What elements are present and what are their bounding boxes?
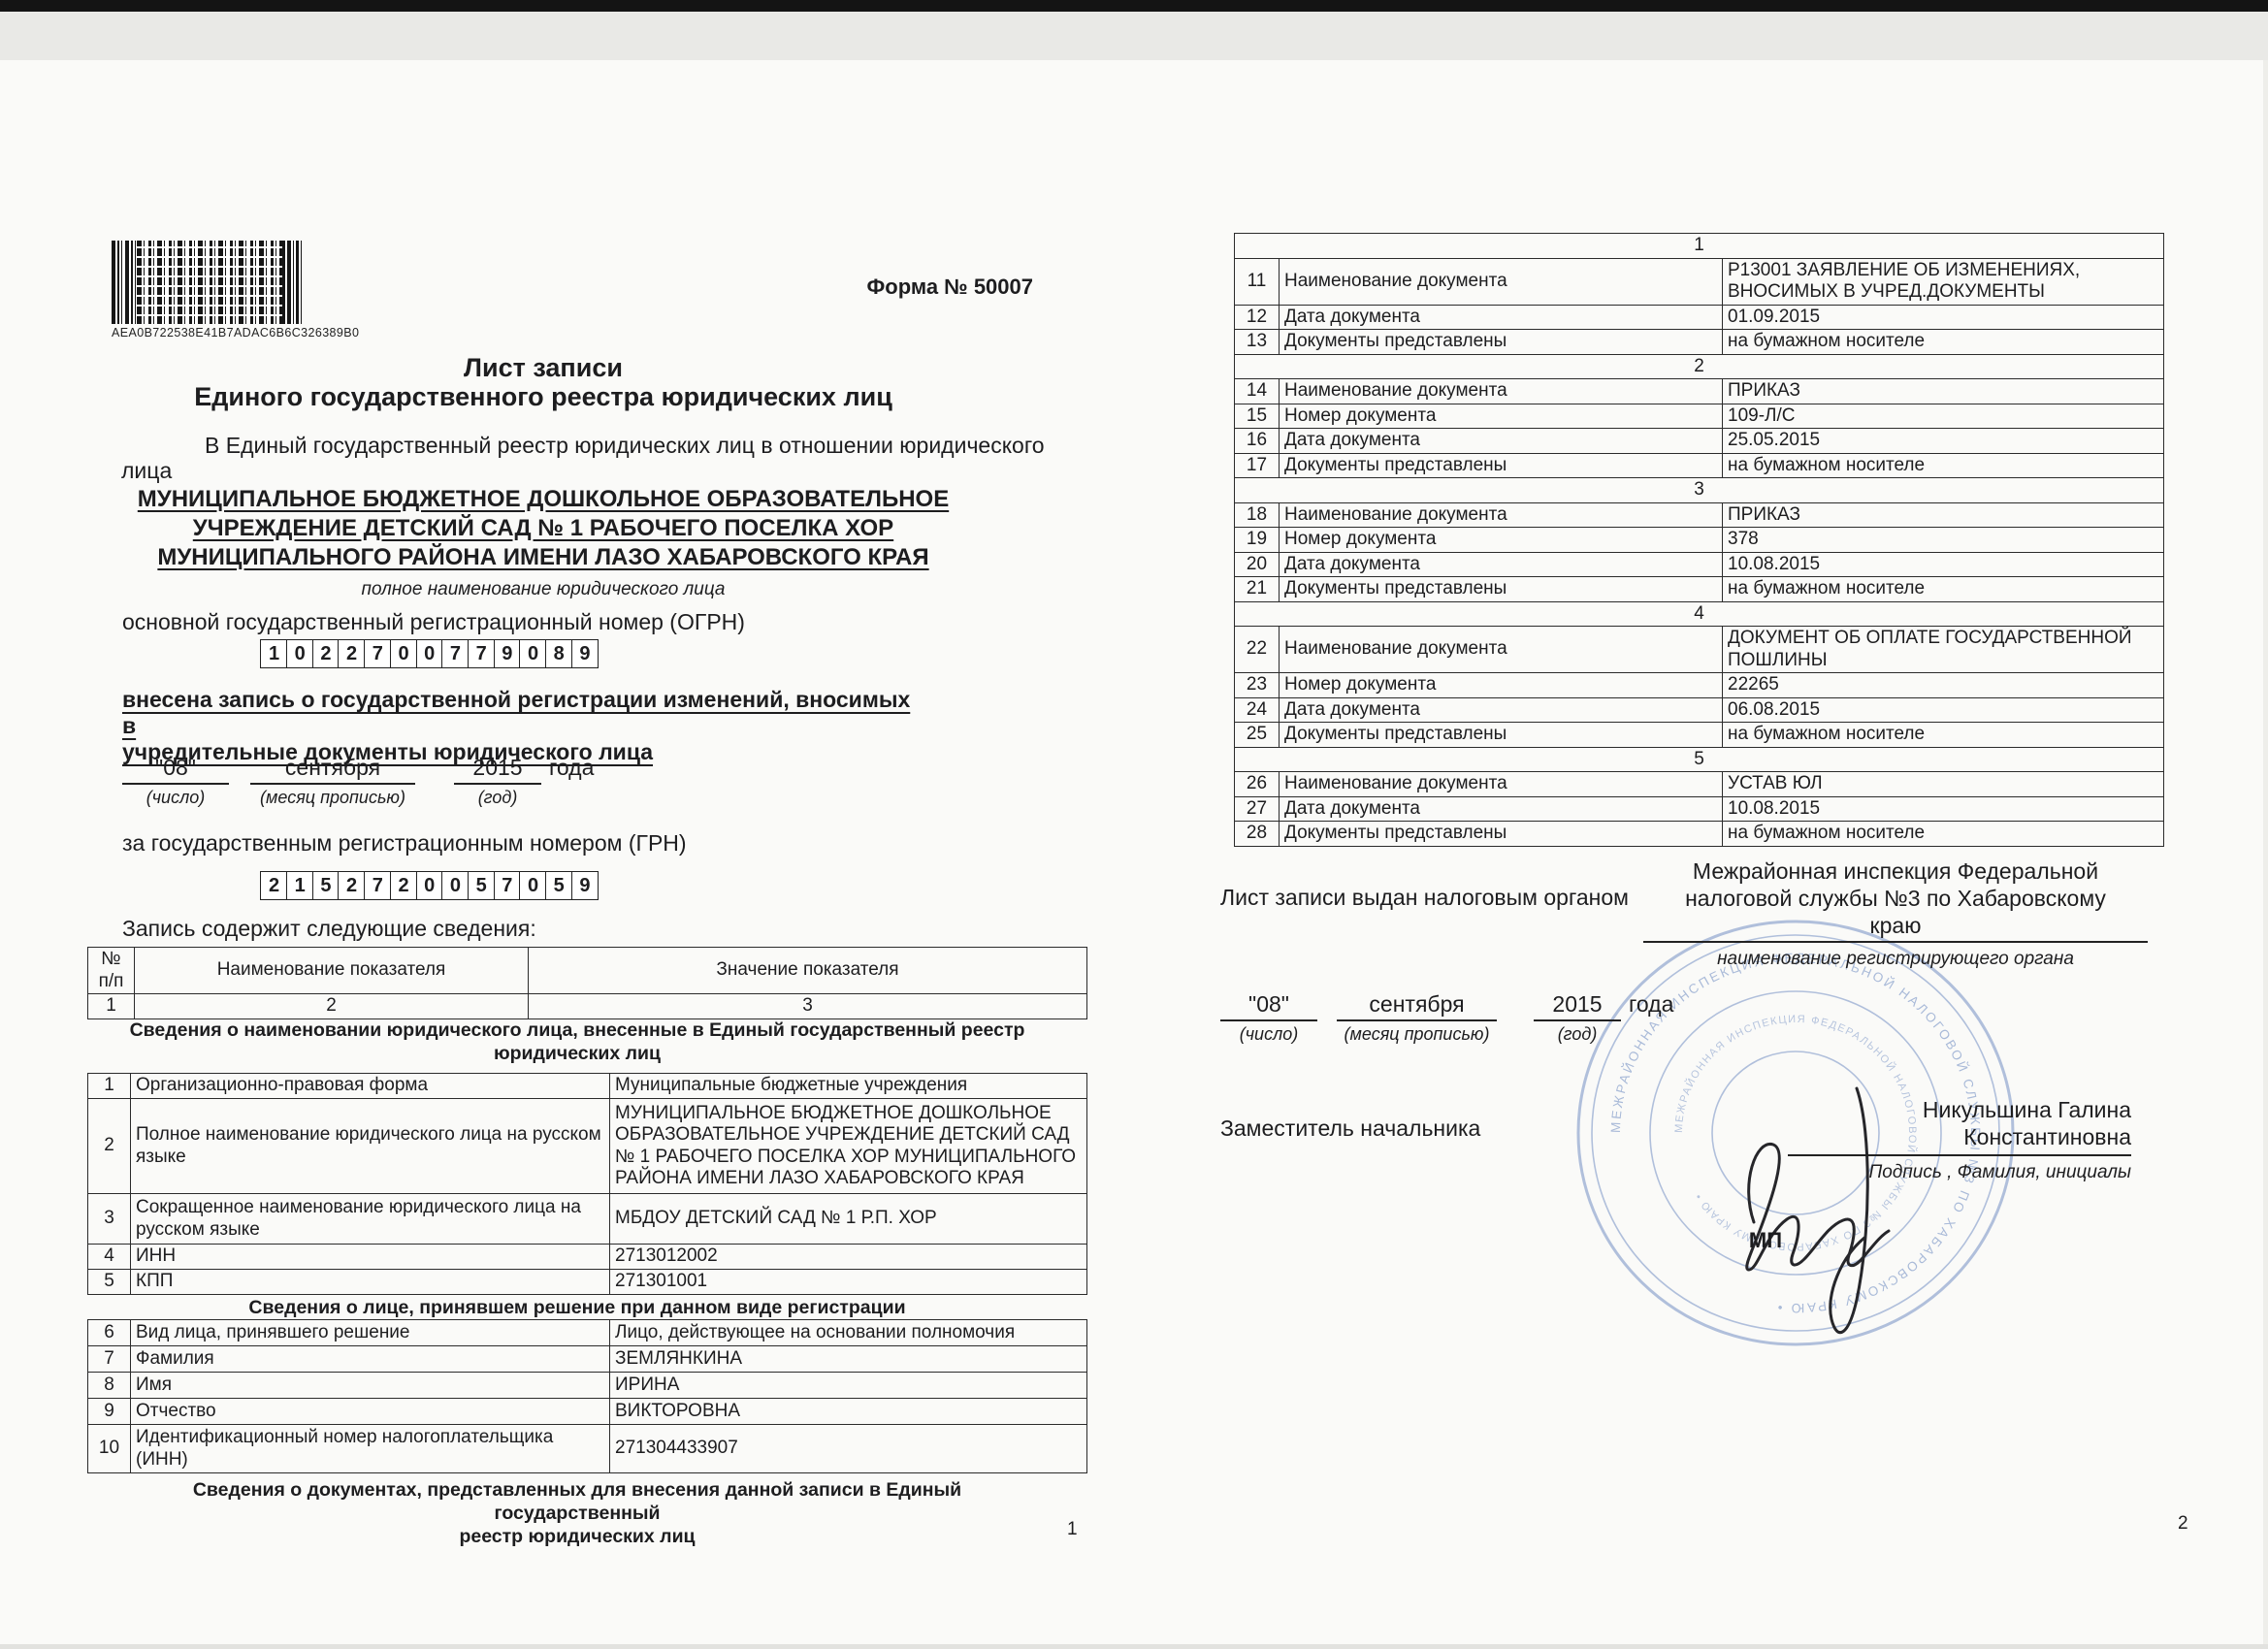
official-title: Заместитель начальника	[1220, 1115, 1480, 1142]
ogrn-digit-box: 7	[468, 639, 495, 668]
row-label: Номер документа	[1280, 528, 1723, 553]
grn-label: за государственным регистрационным номер…	[122, 830, 687, 857]
table-row: 12 Дата документа 01.09.2015	[1235, 305, 2164, 330]
record-date: "08" (число) сентября (месяц прописью) 2…	[122, 755, 594, 808]
grn-digit-box: 1	[286, 871, 313, 900]
row-label: Документы представлены	[1280, 822, 1723, 847]
ogrn-digit-box: 0	[416, 639, 443, 668]
name-info-table: 1 Организационно-правовая форма Муниципа…	[87, 1073, 1087, 1295]
row-label: Наименование документа	[1280, 502, 1723, 528]
row-label: Номер документа	[1280, 673, 1723, 698]
row-num: 27	[1235, 796, 1280, 822]
row-label: Документы представлены	[1280, 577, 1723, 602]
table-row: 24 Дата документа 06.08.2015	[1235, 697, 2164, 723]
ogrn-digit-box: 8	[545, 639, 572, 668]
issue-date: "08" (число) сентября (месяц прописью) 2…	[1220, 991, 1673, 1045]
row-value: 378	[1723, 528, 2164, 553]
row-value: 10.08.2015	[1723, 552, 2164, 577]
row-num: 22	[1235, 627, 1280, 673]
grn-digit-box: 9	[571, 871, 599, 900]
official-name-line-2: Константиновна	[1788, 1123, 2131, 1150]
date-year-cell: 2015 (год)	[454, 755, 541, 808]
table-row: 21 Документы представлены на бумажном но…	[1235, 577, 2164, 602]
organization-name: МУНИЦИПАЛЬНОЕ БЮДЖЕТНОЕ ДОШКОЛЬНОЕ ОБРАЗ…	[121, 485, 965, 604]
row-label: Имя	[131, 1373, 610, 1399]
grn-digit-box: 0	[416, 871, 443, 900]
table-row: 3 Сокращенное наименование юридического …	[88, 1194, 1087, 1245]
intro-paragraph: В Единый государственный реестр юридичес…	[121, 433, 1101, 483]
row-value: 271301001	[610, 1270, 1087, 1295]
row-value: ПРИКАЗ	[1723, 502, 2164, 528]
grn-digit-box: 5	[545, 871, 572, 900]
date-month-caption: (месяц прописью)	[1337, 1021, 1497, 1045]
form-number: Форма № 50007	[121, 275, 1033, 300]
signature-caption: Подпись , Фамилия, инициалы	[1788, 1156, 2131, 1186]
table-row: 8 Имя ИРИНА	[88, 1373, 1087, 1399]
page-number-2: 2	[2178, 1513, 2188, 1535]
summary-header-row: № п/п Наименование показателя Значение п…	[88, 948, 1087, 994]
date-day-cell: "08" (число)	[122, 755, 229, 808]
summary-index-value: 3	[529, 994, 1087, 1019]
row-value: 22265	[1723, 673, 2164, 698]
table-row: 15 Номер документа 109-Л/С	[1235, 404, 2164, 429]
doc-group-index: 5	[1235, 747, 2164, 772]
table-row: 11 Наименование документа Р13001 ЗАЯВЛЕН…	[1235, 258, 2164, 305]
ogrn-digit-box: 9	[571, 639, 599, 668]
doc-group-index: 4	[1235, 601, 2164, 627]
row-value: 271304433907	[610, 1425, 1087, 1473]
issued-by-label: Лист записи выдан налоговым органом	[1220, 885, 1629, 911]
row-label: Номер документа	[1280, 404, 1723, 429]
table-row: 4 ИНН 2713012002	[88, 1245, 1087, 1270]
row-value: МУНИЦИПАЛЬНОЕ БЮДЖЕТНОЕ ДОШКОЛЬНОЕ ОБРАЗ…	[610, 1099, 1087, 1194]
table-row: 22 Наименование документа ДОКУМЕНТ ОБ ОП…	[1235, 627, 2164, 673]
row-num: 23	[1235, 673, 1280, 698]
authority-line-2: налоговой службы №3 по Хабаровскому	[1643, 885, 2148, 912]
date-year-cell: 2015 (год)	[1534, 991, 1621, 1045]
row-label: Наименование документа	[1280, 379, 1723, 404]
table-row: 14 Наименование документа ПРИКАЗ	[1235, 379, 2164, 404]
row-value: Муниципальные бюджетные учреждения	[610, 1074, 1087, 1099]
title-line-2: Единого государственного реестра юридиче…	[121, 382, 965, 411]
row-num: 17	[1235, 453, 1280, 478]
row-label: Документы представлены	[1280, 453, 1723, 478]
row-value: 01.09.2015	[1723, 305, 2164, 330]
row-num: 6	[88, 1320, 131, 1346]
org-name-line-1: МУНИЦИПАЛЬНОЕ БЮДЖЕТНОЕ ДОШКОЛЬНОЕ ОБРАЗ…	[121, 485, 965, 514]
summary-name-header: Наименование показателя	[135, 948, 529, 994]
row-num: 12	[1235, 305, 1280, 330]
grn-digit-box: 0	[441, 871, 469, 900]
row-value: 06.08.2015	[1723, 697, 2164, 723]
date-day-cell: "08" (число)	[1220, 991, 1317, 1045]
ogrn-digit-box: 2	[312, 639, 340, 668]
date-day-caption: (число)	[122, 785, 229, 808]
authority-line-1: Межрайонная инспекция Федеральной	[1643, 857, 2148, 885]
table-row: 18 Наименование документа ПРИКАЗ	[1235, 502, 2164, 528]
table-row: 27 Дата документа 10.08.2015	[1235, 796, 2164, 822]
grn-digit-boxes: 2 1 5 2 7 2 0 0 5 7 0 5 9	[262, 871, 599, 900]
grn-digit-box: 7	[494, 871, 521, 900]
row-num: 19	[1235, 528, 1280, 553]
row-label: Дата документа	[1280, 552, 1723, 577]
registering-authority: Межрайонная инспекция Федеральной налого…	[1643, 857, 2148, 973]
person-info-table: 6 Вид лица, принявшего решение Лицо, дей…	[87, 1319, 1087, 1473]
row-num: 20	[1235, 552, 1280, 577]
row-label: Наименование документа	[1280, 258, 1723, 305]
row-num: 11	[1235, 258, 1280, 305]
table-row: 13 Документы представлены на бумажном но…	[1235, 330, 2164, 355]
row-label: Дата документа	[1280, 697, 1723, 723]
row-num: 24	[1235, 697, 1280, 723]
summary-value-header: Значение показателя	[529, 948, 1087, 994]
table-row: 1 Организационно-правовая форма Муниципа…	[88, 1074, 1087, 1099]
summary-table: № п/п Наименование показателя Значение п…	[87, 947, 1087, 1019]
row-value: ИРИНА	[610, 1373, 1087, 1399]
section3-title-line1: Сведения о документах, представленных дл…	[121, 1478, 1033, 1525]
row-num: 4	[88, 1245, 131, 1270]
table-row: 26 Наименование документа УСТАВ ЮЛ	[1235, 772, 2164, 797]
documents-table: 1 11 Наименование документа Р13001 ЗАЯВЛ…	[1234, 233, 2164, 847]
date-day-caption: (число)	[1220, 1021, 1317, 1045]
grn-digit-box: 2	[338, 871, 365, 900]
row-num: 25	[1235, 723, 1280, 748]
row-value: на бумажном носителе	[1723, 822, 2164, 847]
row-value: Р13001 ЗАЯВЛЕНИЕ ОБ ИЗМЕНЕНИЯХ, ВНОСИМЫХ…	[1723, 258, 2164, 305]
row-num: 28	[1235, 822, 1280, 847]
row-num: 26	[1235, 772, 1280, 797]
table-row: 6 Вид лица, принявшего решение Лицо, дей…	[88, 1320, 1087, 1346]
row-label: Организационно-правовая форма	[131, 1074, 610, 1099]
row-value: на бумажном носителе	[1723, 577, 2164, 602]
row-label: Фамилия	[131, 1346, 610, 1373]
date-day: "08"	[1220, 991, 1317, 1021]
row-label: Дата документа	[1280, 305, 1723, 330]
date-month-cell: сентября (месяц прописью)	[1337, 991, 1497, 1045]
row-num: 2	[88, 1099, 131, 1194]
official-name-line-1: Никульшина Галина	[1788, 1096, 2131, 1123]
ogrn-label: основной государственный регистрационный…	[122, 609, 745, 635]
row-num: 9	[88, 1399, 131, 1425]
row-num: 7	[88, 1346, 131, 1373]
summary-index-name: 2	[135, 994, 529, 1019]
date-month-cell: сентября (месяц прописью)	[250, 755, 415, 808]
row-value: 25.05.2015	[1723, 429, 2164, 454]
date-month: сентября	[250, 755, 415, 785]
doc-group-index: 2	[1235, 354, 2164, 379]
row-value: 2713012002	[610, 1245, 1087, 1270]
row-num: 10	[88, 1425, 131, 1473]
summary-num-header-line1: №	[93, 949, 129, 971]
date-year: 2015	[1534, 991, 1621, 1021]
row-value: на бумажном носителе	[1723, 723, 2164, 748]
date-year-suffix: года	[541, 755, 594, 783]
table-row: 25 Документы представлены на бумажном но…	[1235, 723, 2164, 748]
grn-digit-box: 5	[312, 871, 340, 900]
ogrn-digit-box: 1	[260, 639, 287, 668]
row-num: 13	[1235, 330, 1280, 355]
org-name-line-3: МУНИЦИПАЛЬНОГО РАЙОНА ИМЕНИ ЛАЗО ХАБАРОВ…	[121, 543, 965, 572]
row-value: Лицо, действующее на основании полномочи…	[610, 1320, 1087, 1346]
scan-edge-bottom	[0, 1644, 2268, 1649]
summary-num-header-line2: п/п	[93, 971, 129, 993]
row-value: ДОКУМЕНТ ОБ ОПЛАТЕ ГОСУДАРСТВЕННОЙ ПОШЛИ…	[1723, 627, 2164, 673]
grn-digit-box: 7	[364, 871, 391, 900]
grn-digit-box: 2	[390, 871, 417, 900]
row-num: 3	[88, 1194, 131, 1245]
barcode-text: AEA0B722538E41B7ADAC6B6C326389B0	[112, 326, 359, 339]
amendment-line-1: внесена запись о государственной регистр…	[122, 687, 918, 739]
table-row: 7 Фамилия ЗЕМЛЯНКИНА	[88, 1346, 1087, 1373]
grn-digit-box: 5	[468, 871, 495, 900]
row-label: Документы представлены	[1280, 723, 1723, 748]
section1-title: Сведения о наименовании юридического лиц…	[121, 1018, 1033, 1065]
summary-index-num: 1	[88, 994, 135, 1019]
doc-group-index: 3	[1235, 478, 2164, 503]
row-value: 10.08.2015	[1723, 796, 2164, 822]
ogrn-digit-box: 9	[494, 639, 521, 668]
row-label: КПП	[131, 1270, 610, 1295]
intro-line: В Единый государственный реестр юридичес…	[121, 433, 1101, 458]
table-row: 28 Документы представлены на бумажном но…	[1235, 822, 2164, 847]
row-num: 15	[1235, 404, 1280, 429]
row-num: 1	[88, 1074, 131, 1099]
org-name-line-2: УЧРЕЖДЕНИЕ ДЕТСКИЙ САД № 1 РАБОЧЕГО ПОСЕ…	[121, 514, 965, 543]
row-value: МБДОУ ДЕТСКИЙ САД № 1 Р.П. ХОР	[610, 1194, 1087, 1245]
ogrn-digit-box: 0	[519, 639, 546, 668]
row-label: Полное наименование юридического лица на…	[131, 1099, 610, 1194]
row-value: ВИКТОРОВНА	[610, 1399, 1087, 1425]
ogrn-digit-box: 0	[286, 639, 313, 668]
doc-group-header: 3	[1235, 478, 2164, 503]
row-label: Вид лица, принявшего решение	[131, 1320, 610, 1346]
row-value: ПРИКАЗ	[1723, 379, 2164, 404]
table-row: 16 Дата документа 25.05.2015	[1235, 429, 2164, 454]
table-row: 5 КПП 271301001	[88, 1270, 1087, 1295]
official-name: Никульшина Галина Константиновна	[1788, 1096, 2131, 1156]
table-row: 9 Отчество ВИКТОРОВНА	[88, 1399, 1087, 1425]
row-value: на бумажном носителе	[1723, 453, 2164, 478]
table-row: 10 Идентификационный номер налогоплатель…	[88, 1425, 1087, 1473]
grn-digit-box: 0	[519, 871, 546, 900]
doc-group-header: 4	[1235, 601, 2164, 627]
page-number-1: 1	[1067, 1519, 1078, 1540]
ogrn-digit-box: 7	[441, 639, 469, 668]
row-value: УСТАВ ЮЛ	[1723, 772, 2164, 797]
date-year-caption: (год)	[454, 785, 541, 808]
date-month-caption: (месяц прописью)	[250, 785, 415, 808]
doc-group-header: 5	[1235, 747, 2164, 772]
ogrn-digit-box: 7	[364, 639, 391, 668]
section3-title-line2: реестр юридических лиц	[121, 1525, 1033, 1548]
row-label: Дата документа	[1280, 796, 1723, 822]
row-label: Наименование документа	[1280, 772, 1723, 797]
summary-index-row: 1 2 3	[88, 994, 1087, 1019]
row-num: 14	[1235, 379, 1280, 404]
section1-title-line1: Сведения о наименовании юридического лиц…	[121, 1018, 1033, 1042]
section2-title: Сведения о лице, принявшем решение при д…	[121, 1296, 1033, 1319]
record-contains-label: Запись содержит следующие сведения:	[122, 916, 536, 942]
row-label: ИНН	[131, 1245, 610, 1270]
grn-digit-box: 2	[260, 871, 287, 900]
ogrn-digit-boxes: 1 0 2 2 7 0 0 7 7 9 0 8 9	[262, 639, 599, 668]
table-row: 23 Номер документа 22265	[1235, 673, 2164, 698]
table-row: 20 Дата документа 10.08.2015	[1235, 552, 2164, 577]
row-label: Идентификационный номер налогоплательщик…	[131, 1425, 610, 1473]
table-row: 17 Документы представлены на бумажном но…	[1235, 453, 2164, 478]
intro-carry-word: лица	[121, 458, 1101, 483]
row-num: 21	[1235, 577, 1280, 602]
row-label: Документы представлены	[1280, 330, 1723, 355]
scan-edge-top	[0, 0, 2268, 12]
official-signature-block: Никульшина Галина Константиновна Подпись…	[1788, 1096, 2131, 1186]
section3-title: Сведения о документах, представленных дл…	[121, 1478, 1033, 1548]
scan-edge-right	[2263, 60, 2268, 1644]
authority-caption: наименование регистрирующего органа	[1643, 946, 2148, 973]
section1-title-line2: юридических лиц	[121, 1042, 1033, 1065]
row-num: 18	[1235, 502, 1280, 528]
document-title: Лист записи Единого государственного рее…	[121, 353, 965, 411]
ogrn-digit-box: 0	[390, 639, 417, 668]
doc-group-header: 1	[1235, 234, 2164, 259]
authority-line-3: краю	[1643, 912, 2148, 939]
title-line-1: Лист записи	[121, 353, 965, 382]
org-name-caption: полное наименование юридического лица	[121, 575, 965, 604]
date-year: 2015	[454, 755, 541, 785]
ogrn-digit-box: 2	[338, 639, 365, 668]
row-num: 5	[88, 1270, 131, 1295]
row-num: 16	[1235, 429, 1280, 454]
table-row: 2 Полное наименование юридического лица …	[88, 1099, 1087, 1194]
row-num: 8	[88, 1373, 131, 1399]
date-month: сентября	[1337, 991, 1497, 1021]
authority-name: Межрайонная инспекция Федеральной налого…	[1643, 857, 2148, 943]
row-label: Дата документа	[1280, 429, 1723, 454]
amendment-statement: внесена запись о государственной регистр…	[122, 687, 918, 765]
row-value: 109-Л/С	[1723, 404, 2164, 429]
scan-edge-band	[0, 12, 2268, 60]
row-value: на бумажном носителе	[1723, 330, 2164, 355]
doc-group-header: 2	[1235, 354, 2164, 379]
stamp-mp-label: МП	[1736, 1228, 1795, 1253]
row-label: Сокращенное наименование юридического ли…	[131, 1194, 610, 1245]
summary-num-header: № п/п	[88, 948, 135, 994]
row-value: ЗЕМЛЯНКИНА	[610, 1346, 1087, 1373]
date-year-caption: (год)	[1534, 1021, 1621, 1045]
row-label: Наименование документа	[1280, 627, 1723, 673]
row-label: Отчество	[131, 1399, 610, 1425]
table-row: 19 Номер документа 378	[1235, 528, 2164, 553]
date-year-suffix: года	[1621, 991, 1673, 1019]
doc-group-index: 1	[1235, 234, 2164, 259]
date-day: "08"	[122, 755, 229, 785]
scanned-document: AEA0B722538E41B7ADAC6B6C326389B0 Форма №…	[0, 0, 2268, 1649]
